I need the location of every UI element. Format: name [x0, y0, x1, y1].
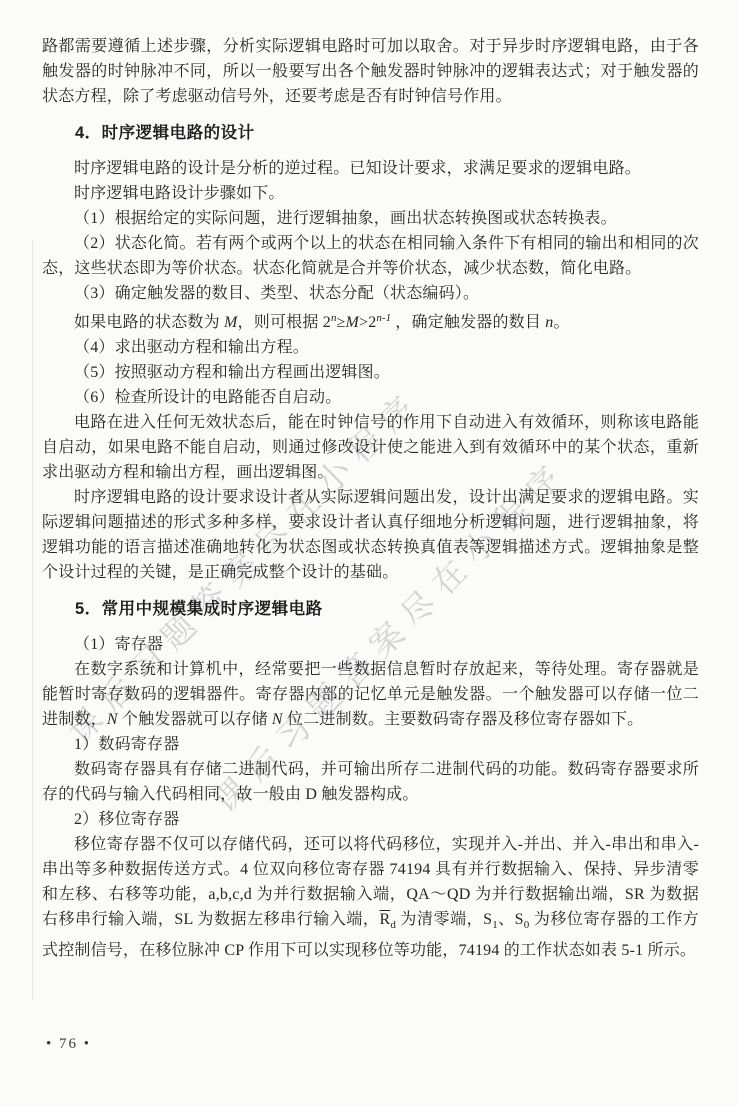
paragraph-design-steps-intro: 时序逻辑电路设计步骤如下。 — [42, 181, 699, 206]
formula-text: 。 — [553, 314, 569, 331]
paragraph-step-5: （5）按照驱动方程和输出方程画出逻辑图。 — [42, 360, 699, 385]
paragraph-design-overview: 时序逻辑电路的设计是分析的逆过程。已知设计要求，求满足要求的逻辑电路。 — [42, 156, 699, 181]
register-var-N: N — [272, 711, 283, 728]
paragraph-logic-abstraction: 时序逻辑电路的设计要求设计者从实际逻辑问题出发，设计出满足要求的逻辑电路。实际逻… — [42, 485, 699, 585]
paragraph-intro-continuation: 路都需要遵循上述步骤，分析实际逻辑电路时可加以取舍。对于异步时序逻辑电路，由于各… — [42, 34, 699, 109]
paragraph-register-title: （1）寄存器 — [42, 632, 699, 657]
document-page: 路都需要遵循上述步骤，分析实际逻辑电路时可加以取舍。对于异步时序逻辑电路，由于各… — [0, 0, 739, 1106]
paragraph-step-1: （1）根据给定的实际问题，进行逻辑抽象，画出状态转换图或状态转换表。 — [42, 206, 699, 231]
formula-text: 如果电路的状态数为 — [74, 314, 224, 331]
paragraph-digital-register-description: 数码寄存器具有存储二进制代码，并可输出所存二进制代码的功能。数码寄存器要求所存的… — [42, 757, 699, 807]
register-text: 个触发器就可以存储 — [118, 711, 272, 728]
formula-text: ，确定触发器的数目 — [391, 314, 545, 331]
signal-Rd-overline: R — [380, 911, 391, 928]
heading-section-5-msi-sequential-circuits: 5．常用中规模集成时序逻辑电路 — [42, 597, 699, 622]
register-var-N: N — [107, 711, 118, 728]
paragraph-shift-register-description: 移位寄存器不仅可以存储代码，还可以将代码移位，实现并入-并出、并入-串出和串入-… — [42, 832, 699, 963]
paragraph-register-description: 在数字系统和计算机中，经常要把一些数据信息暂时存放起来，等待处理。寄存器就是能暂… — [42, 657, 699, 732]
paragraph-shift-register-title: 2）移位寄存器 — [42, 807, 699, 832]
register-text: 位二进制数。主要数码寄存器及移位寄存器如下。 — [283, 711, 644, 728]
paragraph-flipflop-count-formula: 如果电路的状态数为 M，则可根据 2n≥M>2n-1 ，确定触发器的数目 n。 — [42, 306, 699, 335]
formula-exponent-n-minus-1: n-1 — [376, 312, 391, 324]
paragraph-step-6: （6）检查所设计的电路能否自启动。 — [42, 385, 699, 410]
heading-section-4-sequential-design: 4．时序逻辑电路的设计 — [42, 121, 699, 146]
paragraph-step-3: （3）确定触发器的数目、类型、状态分配（状态编码）。 — [42, 281, 699, 306]
shift-register-text: 、S — [498, 911, 524, 928]
formula-operator-gt: >2 — [359, 314, 376, 331]
paragraph-digital-register-title: 1）数码寄存器 — [42, 732, 699, 757]
formula-text: ，则可根据 2 — [238, 314, 331, 331]
formula-var-M: M — [224, 314, 238, 331]
paragraph-self-start: 电路在进入任何无效状态后，能在时钟信号的作用下自动进入有效循环，则称该电路能自启… — [42, 410, 699, 485]
formula-var-M: M — [345, 314, 359, 331]
paragraph-step-2: （2）状态化简。若有两个或两个以上的状态在相同输入条件下有相同的输出和相同的次态… — [42, 231, 699, 281]
paragraph-step-4: （4）求出驱动方程和输出方程。 — [42, 335, 699, 360]
shift-register-text: 为清零端，S — [396, 911, 492, 928]
